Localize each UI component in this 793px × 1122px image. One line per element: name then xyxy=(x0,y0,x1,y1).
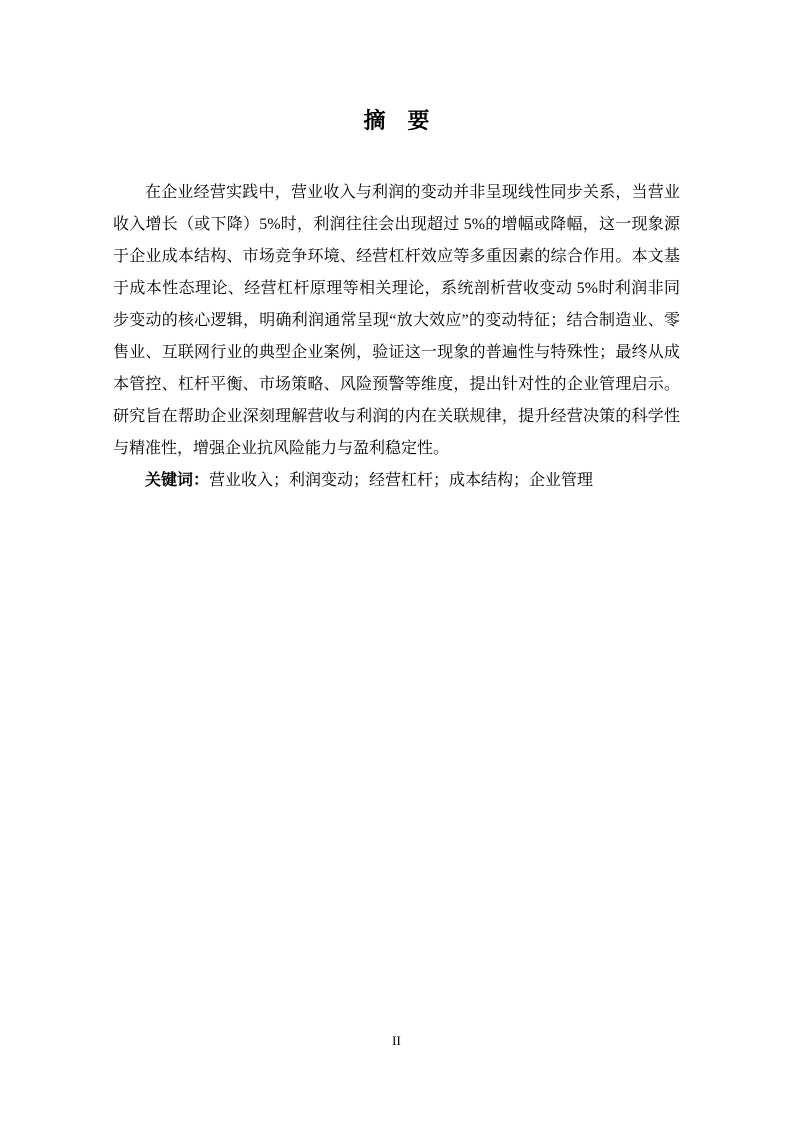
abstract-line: 与精准性，增强企业抗风险能力与盈利稳定性。 xyxy=(113,433,680,465)
keywords-label: 关键词： xyxy=(145,472,209,489)
page-number: II xyxy=(0,1032,793,1050)
abstract-line: 于成本性态理论、经营杠杆原理等相关理论，系统剖析营收变动 5%时利润非同 xyxy=(113,273,680,305)
abstract-line: 步变动的核心逻辑，明确利润通常呈现“放大效应”的变动特征；结合制造业、零 xyxy=(113,305,680,337)
keywords-line: 关键词：营业收入；利润变动；经营杠杆；成本结构；企业管理 xyxy=(113,465,680,497)
keywords-text: 营业收入；利润变动；经营杠杆；成本结构；企业管理 xyxy=(209,472,593,489)
abstract-line: 在企业经营实践中，营业收入与利润的变动并非呈现线性同步关系，当营业 xyxy=(113,177,680,209)
abstract-line: 本管控、杠杆平衡、市场策略、风险预警等维度，提出针对性的企业管理启示。 xyxy=(113,369,680,401)
abstract-line: 售业、互联网行业的典型企业案例，验证这一现象的普遍性与特殊性；最终从成 xyxy=(113,337,680,369)
abstract-line: 于企业成本结构、市场竞争环境、经营杠杆效应等多重因素的综合作用。本文基 xyxy=(113,241,680,273)
abstract-line: 研究旨在帮助企业深刻理解营收与利润的内在关联规律，提升经营决策的科学性 xyxy=(113,401,680,433)
abstract-line: 收入增长（或下降）5%时，利润往往会出现超过 5%的增幅或降幅，这一现象源 xyxy=(113,209,680,241)
abstract-title: 摘 要 xyxy=(0,104,793,138)
abstract-paragraph: 在企业经营实践中，营业收入与利润的变动并非呈现线性同步关系，当营业收入增长（或下… xyxy=(113,177,680,465)
document-page: 摘 要 在企业经营实践中，营业收入与利润的变动并非呈现线性同步关系，当营业收入增… xyxy=(0,0,793,1122)
